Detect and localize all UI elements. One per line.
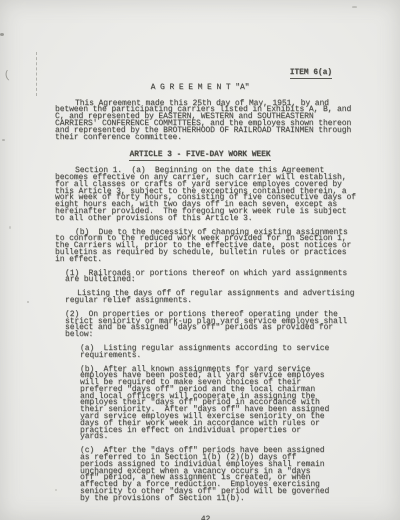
paragraph-section-1a: Section 1. (a) Beginning on the date thi… bbox=[55, 168, 356, 222]
paragraph-item-1-listing: Listing the days off of regular assignme… bbox=[65, 291, 357, 305]
paragraph-item-2c: (c) After the "days off" periods have be… bbox=[80, 448, 333, 502]
scanned-document-page: ( ITEM 6(a) A G R E E M E N T "A" This A… bbox=[0, 0, 400, 520]
page-number: 42 bbox=[55, 517, 356, 520]
paragraph-item-2b: (b) After all known assignments for yard… bbox=[80, 367, 333, 442]
agreement-title: A G R E E M E N T "A" bbox=[0, 85, 400, 92]
article-heading-text: ARTICLE 3 - FIVE-DAY WORK WEEK bbox=[129, 150, 270, 161]
paragraph-section-1b: (b) Due to the necessity of changing exi… bbox=[55, 230, 356, 264]
item-label: ITEM 6(a) bbox=[0, 70, 400, 77]
item-label-text: ITEM 6(a) bbox=[290, 68, 332, 79]
document-content: ITEM 6(a) A G R E E M E N T "A" This Agr… bbox=[0, 0, 400, 520]
paragraph-item-1: (1) Railroads or portions thereof on whi… bbox=[65, 271, 357, 285]
intro-paragraph: This Agreement made this 25th day of May… bbox=[55, 101, 356, 142]
article-heading: ARTICLE 3 - FIVE-DAY WORK WEEK bbox=[0, 152, 400, 159]
paragraph-item-2a: (a) Listing regular assignments accordin… bbox=[80, 346, 333, 360]
paragraph-item-2: (2) On properties or portions thereof op… bbox=[65, 312, 357, 339]
